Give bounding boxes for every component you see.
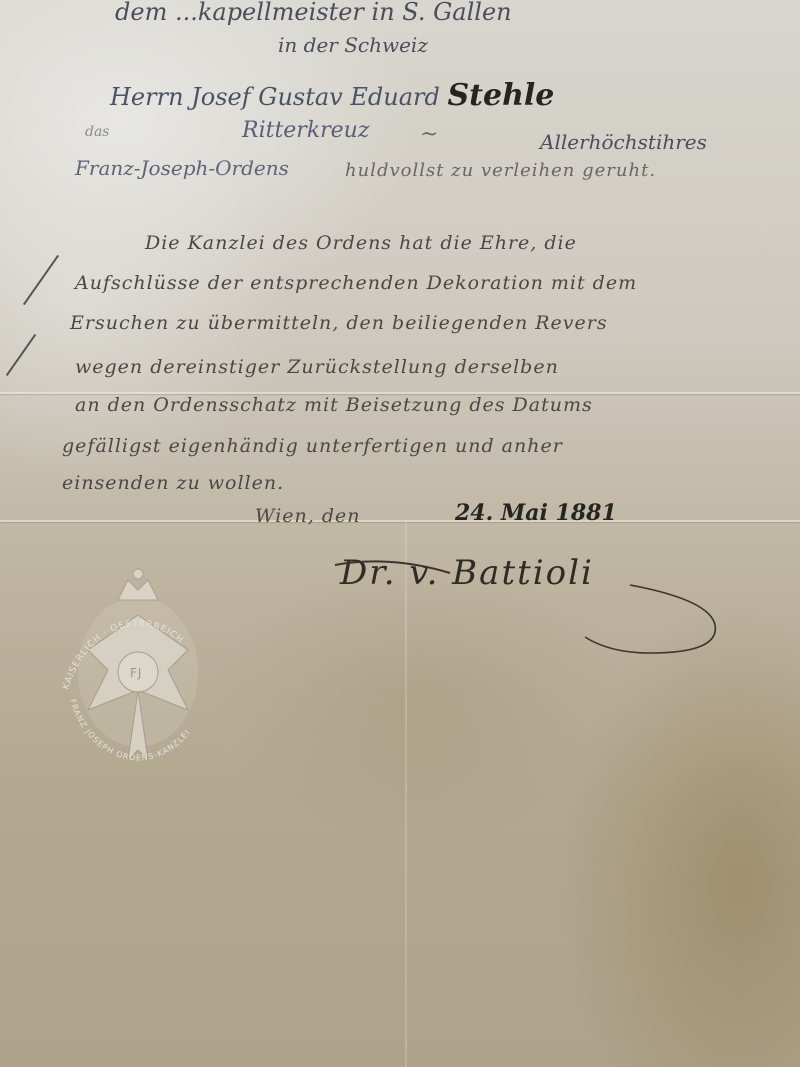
addressee-given-names: Herrn Josef Gustav Eduard — [110, 83, 440, 111]
body-line-6: gefälligst eigenhändig unterfertigen und… — [62, 435, 563, 457]
addressee-location: in der Schweiz — [278, 33, 428, 57]
body-line-5: an den Ordensschatz mit Beisetzung des D… — [75, 394, 593, 416]
body-line-4: wegen dereinstiger Zurückstellung dersel… — [75, 356, 559, 378]
conferral-phrase: huldvollst zu verleihen geruht. — [345, 160, 656, 181]
body-line-2: Aufschlüsse der entsprechenden Dekoratio… — [75, 272, 637, 294]
fold-crease — [0, 520, 800, 522]
tilde-mark: ~ — [420, 122, 438, 147]
signature-flourish — [330, 545, 730, 665]
seal-monogram: FJ — [130, 666, 142, 680]
addressee-surname: Stehle — [447, 78, 554, 113]
date-line: 24. Mai 1881 — [455, 500, 617, 526]
addressee-title: dem ...kapellmeister in S. Gallen — [115, 0, 512, 26]
decoration-class: Ritterkreuz — [242, 118, 369, 143]
order-name: Franz-Joseph-Ordens — [75, 156, 289, 180]
body-line-1: Die Kanzlei des Ordens hat die Ehre, die — [145, 232, 577, 254]
honorific: Allerhöchstihres — [540, 130, 707, 154]
signature: Dr. v. Battioli — [330, 545, 730, 665]
embossed-seal: FJ KAISERLICH · OESTERREICH FRANZ JOSEPH… — [48, 560, 228, 780]
article-das: das — [85, 124, 110, 140]
body-line-7: einsenden zu wollen. — [62, 472, 284, 494]
addressee-name: Herrn Josef Gustav Eduard Stehle — [110, 78, 554, 113]
body-line-3: Ersuchen zu übermitteln, den beiliegende… — [70, 312, 608, 334]
place-line: Wien, den — [255, 505, 360, 527]
